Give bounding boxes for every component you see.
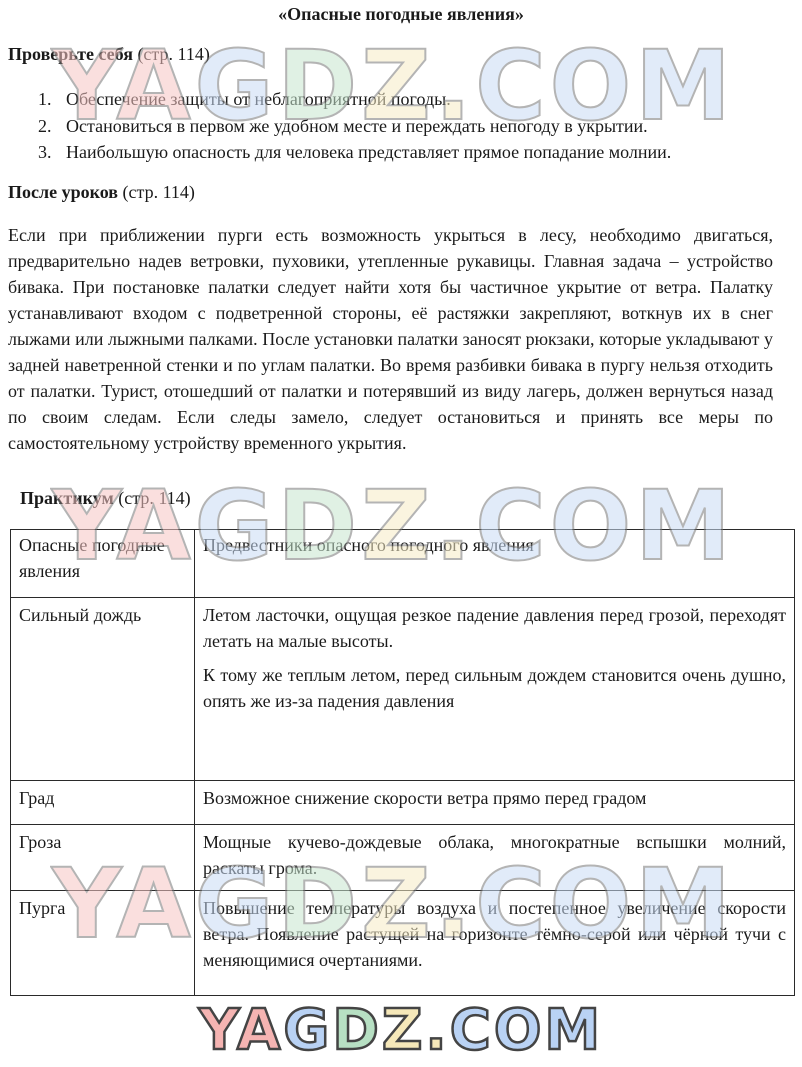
- after-lessons-title: После уроков: [8, 182, 118, 202]
- answer-text: Обеспечение защиты от неблагоприятной по…: [66, 89, 451, 109]
- check-yourself-page-ref: (стр. 114): [137, 44, 209, 64]
- after-lessons-paragraph: Если при приближении пурги есть возможно…: [8, 222, 773, 456]
- table-row: Град Возможное снижение скорости ветра п…: [11, 781, 795, 825]
- document-title: «Опасные погодные явления»: [0, 4, 802, 25]
- answer-item: 3.Наибольшую опасность для человека пред…: [66, 139, 671, 166]
- answer-number: 2.: [38, 113, 52, 140]
- signs-cell: Летом ласточки, ощущая резкое падение да…: [195, 598, 795, 781]
- phenomenon-cell: Град: [11, 781, 195, 825]
- signs-text: Мощные кучево-дождевые облака, многократ…: [203, 829, 786, 881]
- check-yourself-title: Проверьте себя: [8, 44, 133, 64]
- practicum-table: Опасные погодные явления Предвестники оп…: [10, 529, 795, 996]
- after-lessons-page-ref: (стр. 114): [123, 182, 195, 202]
- phenomenon-cell: Сильный дождь: [11, 598, 195, 781]
- answer-item: 2.Остановиться в первом же удобном месте…: [66, 113, 671, 140]
- answers-list: 1.Обеспечение защиты от неблагоприятной …: [0, 86, 671, 166]
- signs-text: К тому же теплым летом, перед сильным до…: [203, 662, 786, 714]
- table-row: Гроза Мощные кучево-дождевые облака, мно…: [11, 825, 795, 891]
- phenomenon-cell: Пурга: [11, 891, 195, 996]
- signs-text: Повышение температуры воздуха и постепен…: [203, 895, 786, 973]
- footer-watermark-logo: YAGDZ.COM: [0, 998, 802, 1063]
- signs-cell: Повышение температуры воздуха и постепен…: [195, 891, 795, 996]
- header-signs: Предвестники опасного погодного явления: [195, 530, 795, 598]
- header-phenomenon: Опасные погодные явления: [11, 530, 195, 598]
- answer-number: 1.: [38, 86, 52, 113]
- signs-text: Летом ласточки, ощущая резкое падение да…: [203, 602, 786, 654]
- table-row: Сильный дождь Летом ласточки, ощущая рез…: [11, 598, 795, 781]
- phenomenon-cell: Гроза: [11, 825, 195, 891]
- signs-text: Возможное снижение скорости ветра прямо …: [203, 785, 786, 811]
- practicum-heading: Практикум (стр. 114): [20, 488, 191, 509]
- signs-cell: Возможное снижение скорости ветра прямо …: [195, 781, 795, 825]
- practicum-page-ref: (стр. 114): [118, 488, 190, 508]
- answer-number: 3.: [38, 139, 52, 166]
- signs-cell: Мощные кучево-дождевые облака, многократ…: [195, 825, 795, 891]
- check-yourself-heading: Проверьте себя (стр. 114): [8, 44, 210, 65]
- table-header-row: Опасные погодные явления Предвестники оп…: [11, 530, 795, 598]
- practicum-title: Практикум: [20, 488, 114, 508]
- answer-text: Наибольшую опасность для человека предст…: [66, 142, 671, 162]
- table-row: Пурга Повышение температуры воздуха и по…: [11, 891, 795, 996]
- answer-item: 1.Обеспечение защиты от неблагоприятной …: [66, 86, 671, 113]
- after-lessons-heading: После уроков (стр. 114): [8, 182, 195, 203]
- answer-text: Остановиться в первом же удобном месте и…: [66, 116, 648, 136]
